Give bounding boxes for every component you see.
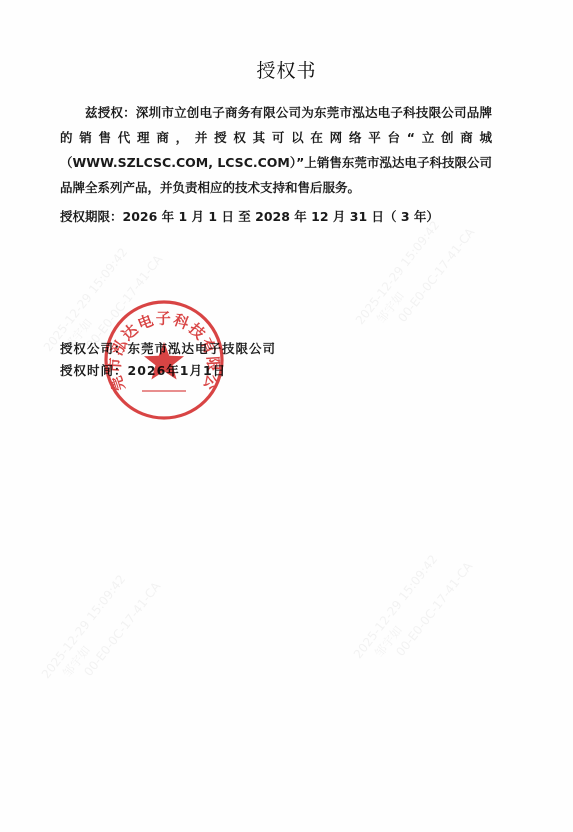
company-seal: 东莞市泓达电子科技有限公司 <box>102 298 226 422</box>
watermark-timestamp: 2025-12-29 15:09:42 <box>38 559 139 682</box>
authorization-period: 授权期限：2026 年 1 月 1 日 至 2028 年 12 月 31 日（ … <box>60 204 439 229</box>
watermark-timestamp: 2025-12-29 15:09:42 <box>350 539 451 662</box>
authorization-body: 兹授权：深圳市立创电子商务有限公司为东莞市泓达电子科技限公司品牌 的销售代理商，… <box>60 100 492 200</box>
watermark-user: 邹宇如 <box>365 215 466 338</box>
watermark: 2025-12-29 15:09:42 邹宇如 00-E0-0C-17-41-C… <box>38 559 164 701</box>
watermark-mac: 00-E0-0C-17-41-CA <box>63 579 164 702</box>
watermark: 2025-12-29 15:09:42 邹宇如 00-E0-0C-17-41-C… <box>350 539 476 681</box>
document-page: 2025-12-29 15:09:42 邹宇如 00-E0-0C-17-41-C… <box>0 0 573 832</box>
watermark-mac: 00-E0-0C-17-41-CA <box>375 559 476 682</box>
watermark-mac: 00-E0-0C-17-41-CA <box>377 225 478 348</box>
watermark-user: 邹宇如 <box>51 569 152 692</box>
svg-text:东莞市泓达电子科技有限公司: 东莞市泓达电子科技有限公司 <box>102 298 222 393</box>
watermark-user: 邹宇如 <box>363 549 464 672</box>
star-icon <box>144 342 184 380</box>
seal-text: 东莞市泓达电子科技有限公司 <box>102 298 222 393</box>
document-title: 授权书 <box>0 56 573 83</box>
